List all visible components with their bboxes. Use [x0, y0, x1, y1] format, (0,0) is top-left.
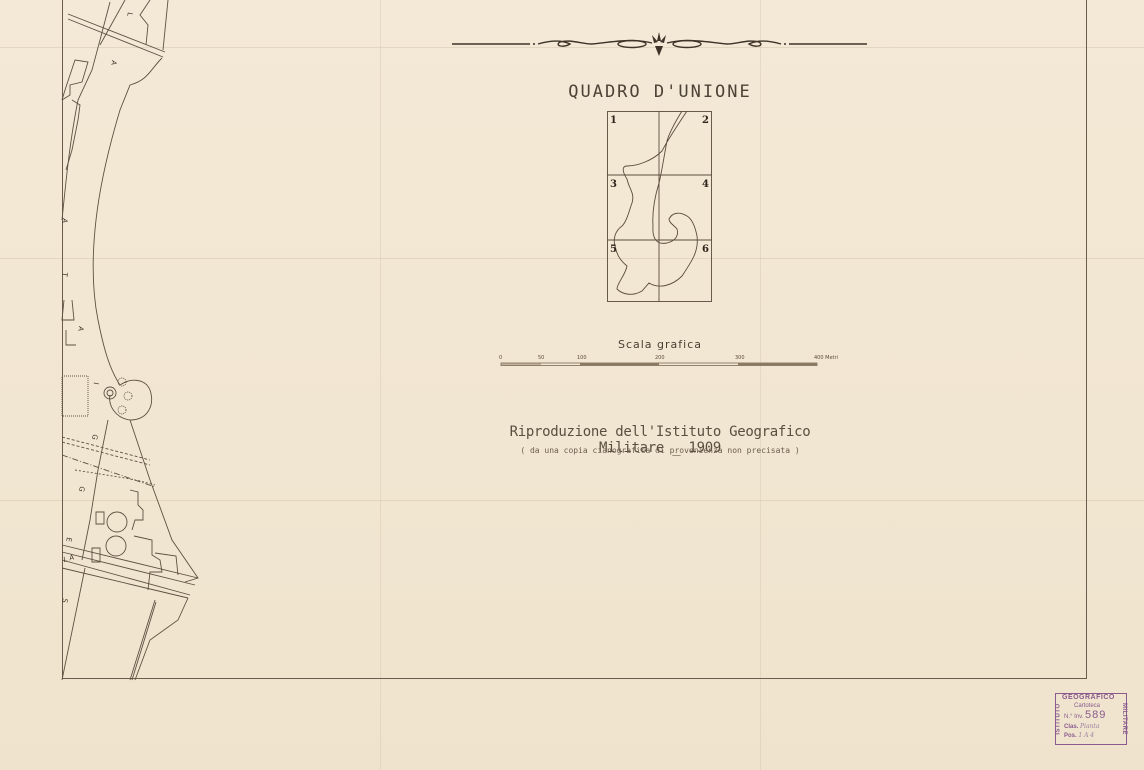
scale-tick-label: 400 Metri: [814, 355, 838, 361]
stamp-clas-label: Clas.: [1064, 724, 1078, 730]
city-plan-fragment: L A A T A I G G E L A S: [0, 0, 260, 690]
index-cell-1: 1: [610, 115, 617, 126]
stamp-top-text: GEOGRAFICO: [1062, 694, 1115, 701]
map-label: S: [60, 598, 69, 604]
stamp-right-text: MILITARE: [1121, 703, 1127, 735]
stamp-pos-label: Pos.: [1064, 733, 1077, 739]
stamp-inv-number: 589: [1085, 709, 1106, 721]
scale-tick-label: 0: [499, 355, 502, 361]
map-label: A: [109, 60, 118, 66]
map-label: T: [60, 271, 69, 278]
scale-tick-label: 100: [577, 355, 587, 361]
decorative-ornament: [452, 28, 867, 62]
stamp-left-text: ISTITUTO: [1056, 703, 1062, 734]
scale-tick-label: 200: [655, 355, 665, 361]
index-map-grid: 1 2 3 4 5 6: [607, 111, 713, 303]
map-label: G: [90, 434, 99, 441]
archive-stamp: GEOGRAFICO ISTITUTO MILITARE Cartoteca N…: [1055, 693, 1127, 745]
scale-title: Scala grafica: [560, 338, 760, 351]
map-label: A: [76, 326, 85, 332]
map-label: A: [60, 218, 69, 224]
index-cell-4: 4: [702, 179, 709, 190]
index-title: QUADRO D'UNIONE: [540, 82, 780, 102]
scale-tick-label: 300: [735, 355, 745, 361]
index-cell-5: 5: [610, 244, 617, 255]
graphic-scale-bar: 0 50 100 200 300 400 Metri: [498, 352, 848, 370]
map-label: L: [125, 12, 134, 17]
map-label: I: [92, 382, 100, 385]
index-cell-3: 3: [610, 179, 617, 190]
scale-tick-label: 50: [538, 355, 544, 361]
stamp-clas-value: Pianta: [1080, 723, 1099, 730]
index-cell-2: 2: [702, 115, 709, 126]
index-cell-6: 6: [702, 244, 709, 255]
stamp-pos-value: 1 A 4: [1078, 732, 1094, 739]
reproduction-subtitle: ( da una copia cianografica di provenien…: [480, 446, 840, 455]
map-label: L A: [62, 553, 75, 564]
stamp-inv-label: N.° Inv.: [1064, 714, 1083, 720]
map-label: E: [64, 537, 73, 543]
map-label: G: [77, 486, 86, 493]
